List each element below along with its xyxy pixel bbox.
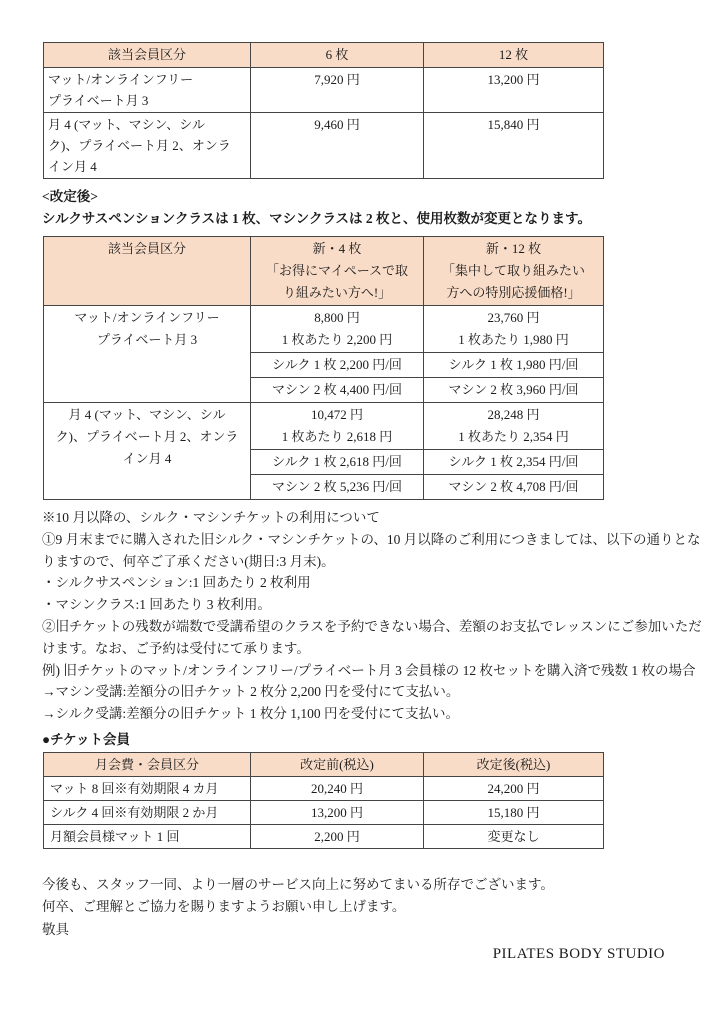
new4-main-price-cell: 8,800 円 1 枚あたり 2,200 円 [251,306,424,353]
header-twelve-tickets: 12 枚 [424,43,604,68]
note-line: ・マシンクラス:1 回あたり 3 枚利用。 [42,594,724,616]
header-new-four-tickets: 新・4 枚 「お得にマイペースで取 り組みたい方へ!」 [251,237,424,306]
new12-silk-price-cell: シルク 1 枚 2,354 円/回 [424,450,604,475]
header-six-tickets: 6 枚 [251,43,424,68]
closing-remarks: 今後も、スタッフ一同、より一層のサービス向上に努めてまいる所存でございます。 何… [42,874,724,941]
header-fee-category: 月会費・会員区分 [44,752,251,776]
note-line: けます。なお、ご予約は受付にて承ります。 [42,638,724,660]
old-ticket-price-table: 該当会員区分 6 枚 12 枚 マット/オンラインフリー プライベート月 3 7… [43,42,604,179]
note-line: 例) 旧チケットのマット/オンラインフリー/プライベート月 3 会員様の 12 … [42,660,724,682]
table-row: 月額会員様マット 1 回 2,200 円 変更なし [44,824,604,848]
fee-category-cell: 月額会員様マット 1 回 [44,824,251,848]
new12-machine-price-cell: マシン 2 枚 4,708 円/回 [424,475,604,500]
member-category-cell: 月 4 (マット、マシン、シル ク)、プライベート月 2、オンラ イン月 4 [44,113,251,179]
note-line: ※10 月以降の、シルク・マシンチケットの利用について [42,507,724,529]
header-new-twelve-tickets: 新・12 枚 「集中して取り組みたい 方への特別応援価格!」 [424,237,604,306]
note-line: →マシン受講:差額分の旧チケット 2 枚分 2,200 円を受付にて支払い。 [42,681,724,703]
revision-heading: <改定後> [42,189,724,204]
closing-line: 今後も、スタッフ一同、より一層のサービス向上に努めてまいる所存でございます。 [42,874,724,896]
header-before-revision: 改定前(税込) [251,752,424,776]
usage-notes: ※10 月以降の、シルク・マシンチケットの利用について ①9 月末までに購入され… [42,507,724,725]
header-after-revision: 改定後(税込) [424,752,604,776]
member-category-cell: 月 4 (マット、マシン、シル ク)、プライベート月 2、オンラ イン月 4 [44,403,251,500]
table-row: マット 8 回※有効期限 4 カ月 20,240 円 24,200 円 [44,776,604,800]
member-category-cell: マット/オンラインフリー プライベート月 3 [44,68,251,113]
new4-machine-price-cell: マシン 2 枚 4,400 円/回 [251,378,424,403]
fee-category-cell: マット 8 回※有効期限 4 カ月 [44,776,251,800]
after-price-cell: 変更なし [424,824,604,848]
table-header-row: 該当会員区分 6 枚 12 枚 [44,43,604,68]
new4-silk-price-cell: シルク 1 枚 2,618 円/回 [251,450,424,475]
closing-line: 敬具 [42,919,724,941]
new4-silk-price-cell: シルク 1 枚 2,200 円/回 [251,353,424,378]
note-line: りますので、何卒ご了承ください(期日:3 月末)。 [42,551,724,573]
note-line: ・シルクサスペンション:1 回あたり 2 枚利用 [42,572,724,594]
after-price-cell: 15,180 円 [424,800,604,824]
note-line: ①9 月末までに購入された旧シルク・マシンチケットの、10 月以降のご利用につき… [42,529,724,551]
table-row: 月 4 (マット、マシン、シル ク)、プライベート月 2、オンラ イン月 4 9… [44,113,604,179]
closing-line: 何卒、ご理解とご協力を賜りますようお願い申し上げます。 [42,896,724,918]
studio-signature: PILATES BODY STUDIO [0,946,724,963]
ticket-members-table: 月会費・会員区分 改定前(税込) 改定後(税込) マット 8 回※有効期限 4 … [43,752,604,849]
price-twelve-cell: 13,200 円 [424,68,604,113]
new12-machine-price-cell: マシン 2 枚 3,960 円/回 [424,378,604,403]
new12-main-price-cell: 28,248 円 1 枚あたり 2,354 円 [424,403,604,450]
table-header-row: 月会費・会員区分 改定前(税込) 改定後(税込) [44,752,604,776]
new4-main-price-cell: 10,472 円 1 枚あたり 2,618 円 [251,403,424,450]
ticket-members-heading: ●チケット会員 [42,732,724,748]
fee-category-cell: シルク 4 回※有効期限 2 か月 [44,800,251,824]
table-header-row: 該当会員区分 新・4 枚 「お得にマイペースで取 り組みたい方へ!」 新・12 … [44,237,604,306]
table-row-main-price: マット/オンラインフリー プライベート月 3 8,800 円 1 枚あたり 2,… [44,306,604,353]
table-row-main-price: 月 4 (マット、マシン、シル ク)、プライベート月 2、オンラ イン月 4 1… [44,403,604,450]
revised-ticket-price-table: 該当会員区分 新・4 枚 「お得にマイペースで取 り組みたい方へ!」 新・12 … [43,236,604,500]
before-price-cell: 13,200 円 [251,800,424,824]
before-price-cell: 2,200 円 [251,824,424,848]
notice-document: 該当会員区分 6 枚 12 枚 マット/オンラインフリー プライベート月 3 7… [0,0,724,1024]
price-six-cell: 7,920 円 [251,68,424,113]
price-twelve-cell: 15,840 円 [424,113,604,179]
header-member-category: 該当会員区分 [44,43,251,68]
after-price-cell: 24,200 円 [424,776,604,800]
revision-note: シルクサスペンションクラスは 1 枚、マシンクラスは 2 枚と、使用枚数が変更と… [42,211,724,226]
header-member-category: 該当会員区分 [44,237,251,306]
note-line: →シルク受講:差額分の旧チケット 1 枚分 1,100 円を受付にて支払い。 [42,703,724,725]
table-row: マット/オンラインフリー プライベート月 3 7,920 円 13,200 円 [44,68,604,113]
before-price-cell: 20,240 円 [251,776,424,800]
new4-machine-price-cell: マシン 2 枚 5,236 円/回 [251,475,424,500]
member-category-cell: マット/オンラインフリー プライベート月 3 [44,306,251,403]
price-six-cell: 9,460 円 [251,113,424,179]
new12-main-price-cell: 23,760 円 1 枚あたり 1,980 円 [424,306,604,353]
new12-silk-price-cell: シルク 1 枚 1,980 円/回 [424,353,604,378]
table-row: シルク 4 回※有効期限 2 か月 13,200 円 15,180 円 [44,800,604,824]
note-line: ②旧チケットの残数が端数で受講希望のクラスを予約できない場合、差額のお支払でレッ… [42,616,724,638]
